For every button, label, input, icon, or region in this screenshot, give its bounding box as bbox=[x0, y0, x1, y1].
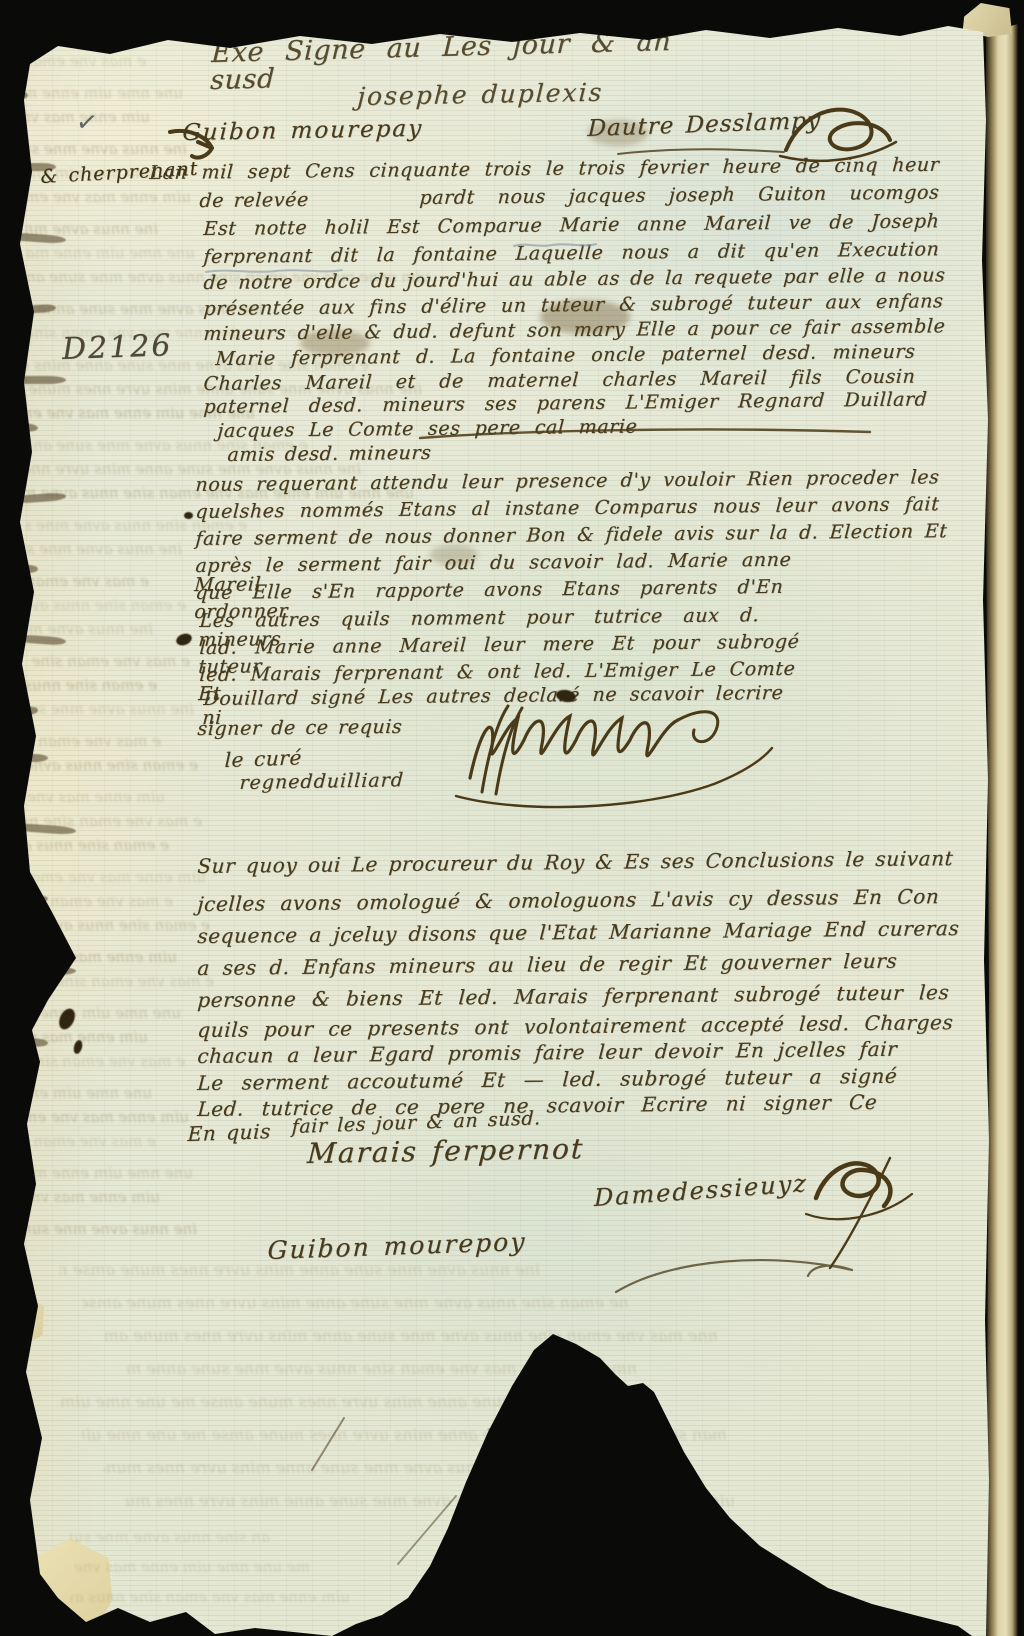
edge-ink-mark bbox=[13, 163, 56, 171]
check-mark: ✓ bbox=[74, 107, 100, 140]
manuscript-line-paragraph_2-10: le curé bbox=[224, 747, 302, 770]
swoosh-stroke bbox=[612, 1252, 862, 1300]
paper-sheet: e mas vne eman sin une nme uim enne mas … bbox=[0, 0, 1024, 1636]
archive-reference: D2126 bbox=[61, 328, 173, 367]
underline-squiggle bbox=[204, 266, 344, 276]
manuscript-line-paragraph_2-9: signer de ce requis bbox=[197, 718, 403, 739]
edge-ink-mark bbox=[4, 754, 48, 762]
manuscript-line-paragraph_1-2: pardt nous jacques joseph Guiton ucomgos bbox=[419, 184, 940, 208]
manuscript-line-header-2: Guibon mourepay bbox=[182, 118, 424, 145]
manuscript-line-signatures-0: Marais ferpernot bbox=[307, 1135, 585, 1168]
edge-ink-mark bbox=[10, 376, 66, 384]
small-ink-mark: pm bbox=[486, 1424, 513, 1440]
ink-smudge bbox=[430, 545, 478, 565]
edge-ink-mark bbox=[19, 967, 76, 975]
stray-stroke bbox=[394, 1492, 460, 1568]
ink-smudge bbox=[540, 300, 630, 334]
manuscript-line-header-1: josephe duplexis bbox=[357, 80, 604, 109]
edge-ink-mark bbox=[7, 565, 38, 573]
stray-stroke bbox=[306, 1414, 350, 1474]
underline-squiggle bbox=[512, 240, 598, 250]
ink-blot bbox=[184, 512, 193, 519]
manuscript-line-paragraph_1-12: amis desd. mineurs bbox=[227, 444, 432, 465]
ink-smudge bbox=[588, 120, 648, 146]
paraphe-flourish-center bbox=[452, 700, 782, 808]
manuscript-scan: e mas vne eman sin une nme uim enne mas … bbox=[0, 0, 1024, 1636]
manuscript-line-paragraph_1-1: de relevée bbox=[199, 191, 309, 211]
line-filler-stroke bbox=[418, 424, 874, 442]
manuscript-line-paragraph_2-11: regnedduilliard bbox=[239, 771, 404, 793]
adjacent-page-edge bbox=[986, 22, 1018, 1636]
paraphe-flourish-top bbox=[778, 100, 904, 170]
manuscript-line-paragraph_3-9: En quis bbox=[187, 1121, 271, 1144]
edge-ink-mark bbox=[8, 895, 48, 906]
ink-smudge bbox=[300, 330, 370, 356]
